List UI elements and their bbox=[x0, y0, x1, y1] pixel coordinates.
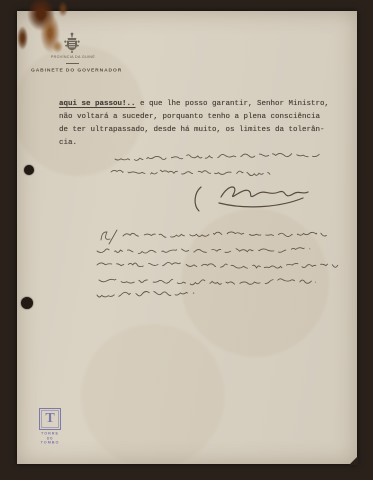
handwritten-postscript bbox=[77, 224, 339, 310]
hole-punch-bottom bbox=[21, 297, 33, 309]
typed-line-3: de ter ultrapassado, desde há muito, os … bbox=[59, 124, 329, 137]
stamp-caption: TORRE DO TOMBO bbox=[28, 432, 72, 446]
archive-stamp: T TORRE DO TOMBO bbox=[28, 408, 72, 446]
coat-of-arms-icon bbox=[63, 32, 81, 53]
stamp-word-torre: TORRE bbox=[34, 432, 67, 435]
stain-mark bbox=[58, 1, 68, 17]
stamp-word-tombo: TOMBO bbox=[34, 441, 67, 444]
typed-line-4: cia. bbox=[59, 137, 329, 150]
typed-line-1-rest: e que lhe posso garantir, Senhor Ministr… bbox=[136, 100, 330, 108]
letterhead-province: PROVÍNCIA DA GUINÉ bbox=[46, 55, 101, 59]
underlined-phrase: aqui se passou!.. bbox=[59, 100, 136, 108]
typed-line-1: aqui se passou!.. e que lhe posso garant… bbox=[59, 98, 329, 111]
letterhead-office: GABINETE DO GOVERNADOR bbox=[31, 68, 122, 73]
stamp-initial: T bbox=[45, 412, 54, 426]
hole-punch-top bbox=[24, 165, 34, 175]
typed-paragraph: aqui se passou!.. e que lhe posso garant… bbox=[59, 98, 329, 150]
corner-fold bbox=[349, 456, 358, 465]
typed-line-2: não voltará a suceder, porquanto tenho a… bbox=[59, 111, 329, 124]
handwritten-signature bbox=[185, 179, 315, 219]
scan-background: PROVÍNCIA DA GUINÉ GABINETE DO GOVERNADO… bbox=[0, 0, 373, 480]
stamp-frame: T bbox=[39, 408, 61, 430]
postscript-ps-mark bbox=[101, 230, 117, 244]
stain-mark bbox=[52, 40, 63, 53]
letterhead-divider bbox=[66, 63, 79, 64]
document-page: PROVÍNCIA DA GUINÉ GABINETE DO GOVERNADO… bbox=[17, 11, 357, 464]
